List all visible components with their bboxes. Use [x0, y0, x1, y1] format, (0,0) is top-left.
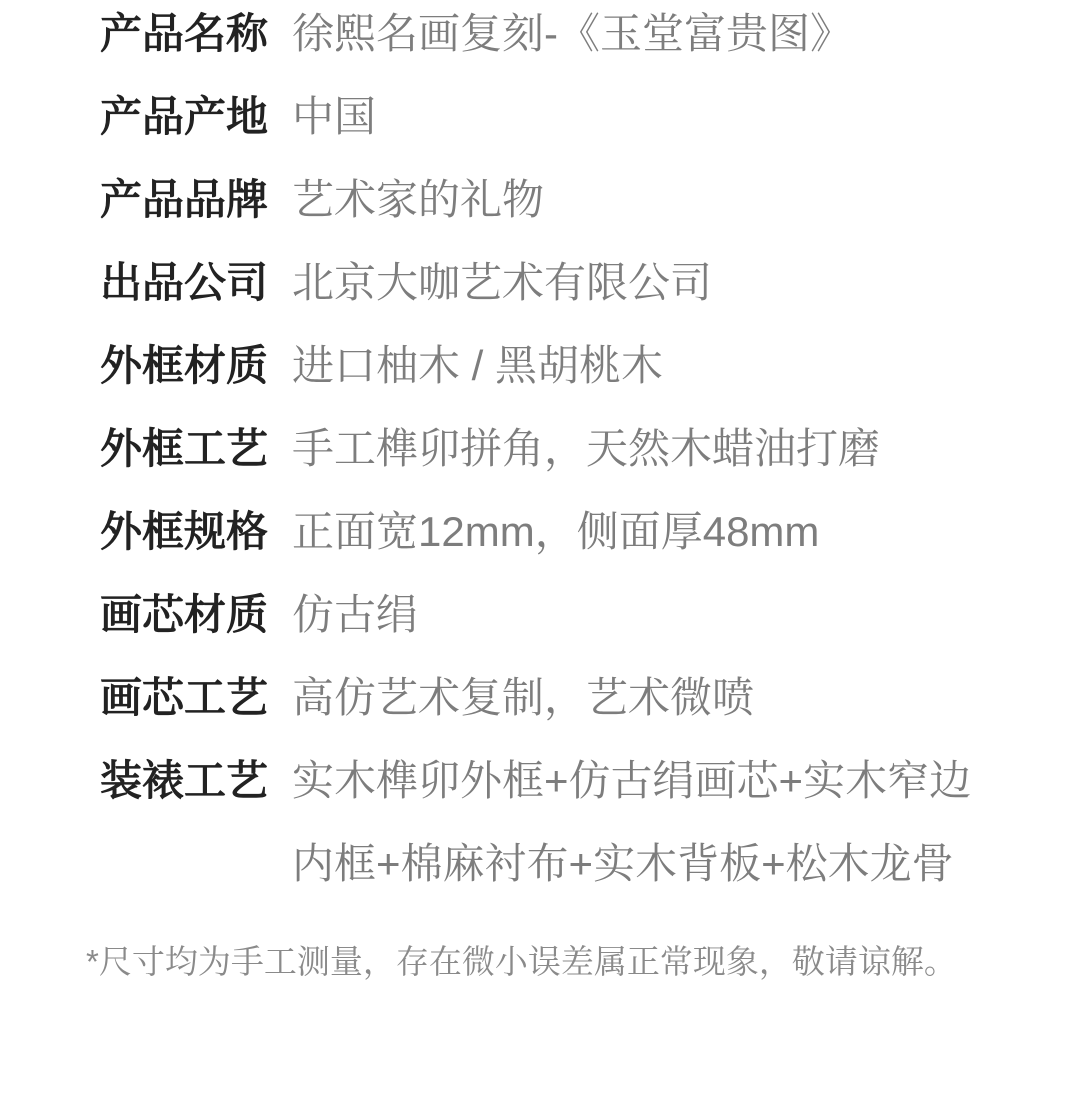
spec-label: 画芯材质 — [100, 573, 268, 656]
spec-label: 外框材质 — [100, 324, 268, 407]
spec-value: 徐熙名画复刻-《玉堂富贵图》 — [292, 0, 992, 75]
spec-value: 中国 — [292, 75, 992, 158]
product-spec-page: 产品名称 徐熙名画复刻-《玉堂富贵图》 产品产地 中国 产品品牌 艺术家的礼物 … — [0, 0, 1080, 1113]
spec-label: 产品名称 — [100, 0, 268, 75]
spec-value: 高仿艺术复制，艺术微喷 — [292, 656, 992, 739]
spec-value: 北京大咖艺术有限公司 — [292, 241, 992, 324]
spec-row-frame-craft: 外框工艺 手工榫卯拼角，天然木蜡油打磨 — [100, 407, 992, 490]
spec-label: 出品公司 — [100, 241, 268, 324]
spec-row-core-craft: 画芯工艺 高仿艺术复制，艺术微喷 — [100, 656, 992, 739]
spec-row-frame-size: 外框规格 正面宽12mm，侧面厚48mm — [100, 490, 992, 573]
spec-label: 画芯工艺 — [100, 656, 268, 739]
spec-value: 正面宽12mm，侧面厚48mm — [292, 490, 992, 573]
measurement-disclaimer-note: *尺寸均为手工测量，存在微小误差属正常现象，敬请谅解。 — [86, 938, 1026, 986]
spec-value: 进口柚木 / 黑胡桃木 — [292, 324, 992, 407]
spec-value: 手工榫卯拼角，天然木蜡油打磨 — [292, 407, 992, 490]
spec-label: 产品产地 — [100, 75, 268, 158]
spec-row-frame-material: 外框材质 进口柚木 / 黑胡桃木 — [100, 324, 992, 407]
spec-value: 艺术家的礼物 — [292, 158, 992, 241]
spec-value: 仿古绢 — [292, 573, 992, 656]
spec-row-mounting-craft: 装裱工艺 实木榫卯外框+仿古绢画芯+实木窄边内框+棉麻衬布+实木背板+松木龙骨 — [100, 739, 992, 905]
product-spec-table: 产品名称 徐熙名画复刻-《玉堂富贵图》 产品产地 中国 产品品牌 艺术家的礼物 … — [100, 0, 992, 905]
spec-row-product-name: 产品名称 徐熙名画复刻-《玉堂富贵图》 — [100, 0, 992, 75]
spec-row-producer: 出品公司 北京大咖艺术有限公司 — [100, 241, 992, 324]
spec-row-brand: 产品品牌 艺术家的礼物 — [100, 158, 992, 241]
spec-row-origin: 产品产地 中国 — [100, 75, 992, 158]
spec-label: 外框工艺 — [100, 407, 268, 490]
spec-row-core-material: 画芯材质 仿古绢 — [100, 573, 992, 656]
spec-value: 实木榫卯外框+仿古绢画芯+实木窄边内框+棉麻衬布+实木背板+松木龙骨 — [292, 739, 992, 905]
spec-label: 装裱工艺 — [100, 739, 268, 822]
spec-label: 外框规格 — [100, 490, 268, 573]
spec-label: 产品品牌 — [100, 158, 268, 241]
